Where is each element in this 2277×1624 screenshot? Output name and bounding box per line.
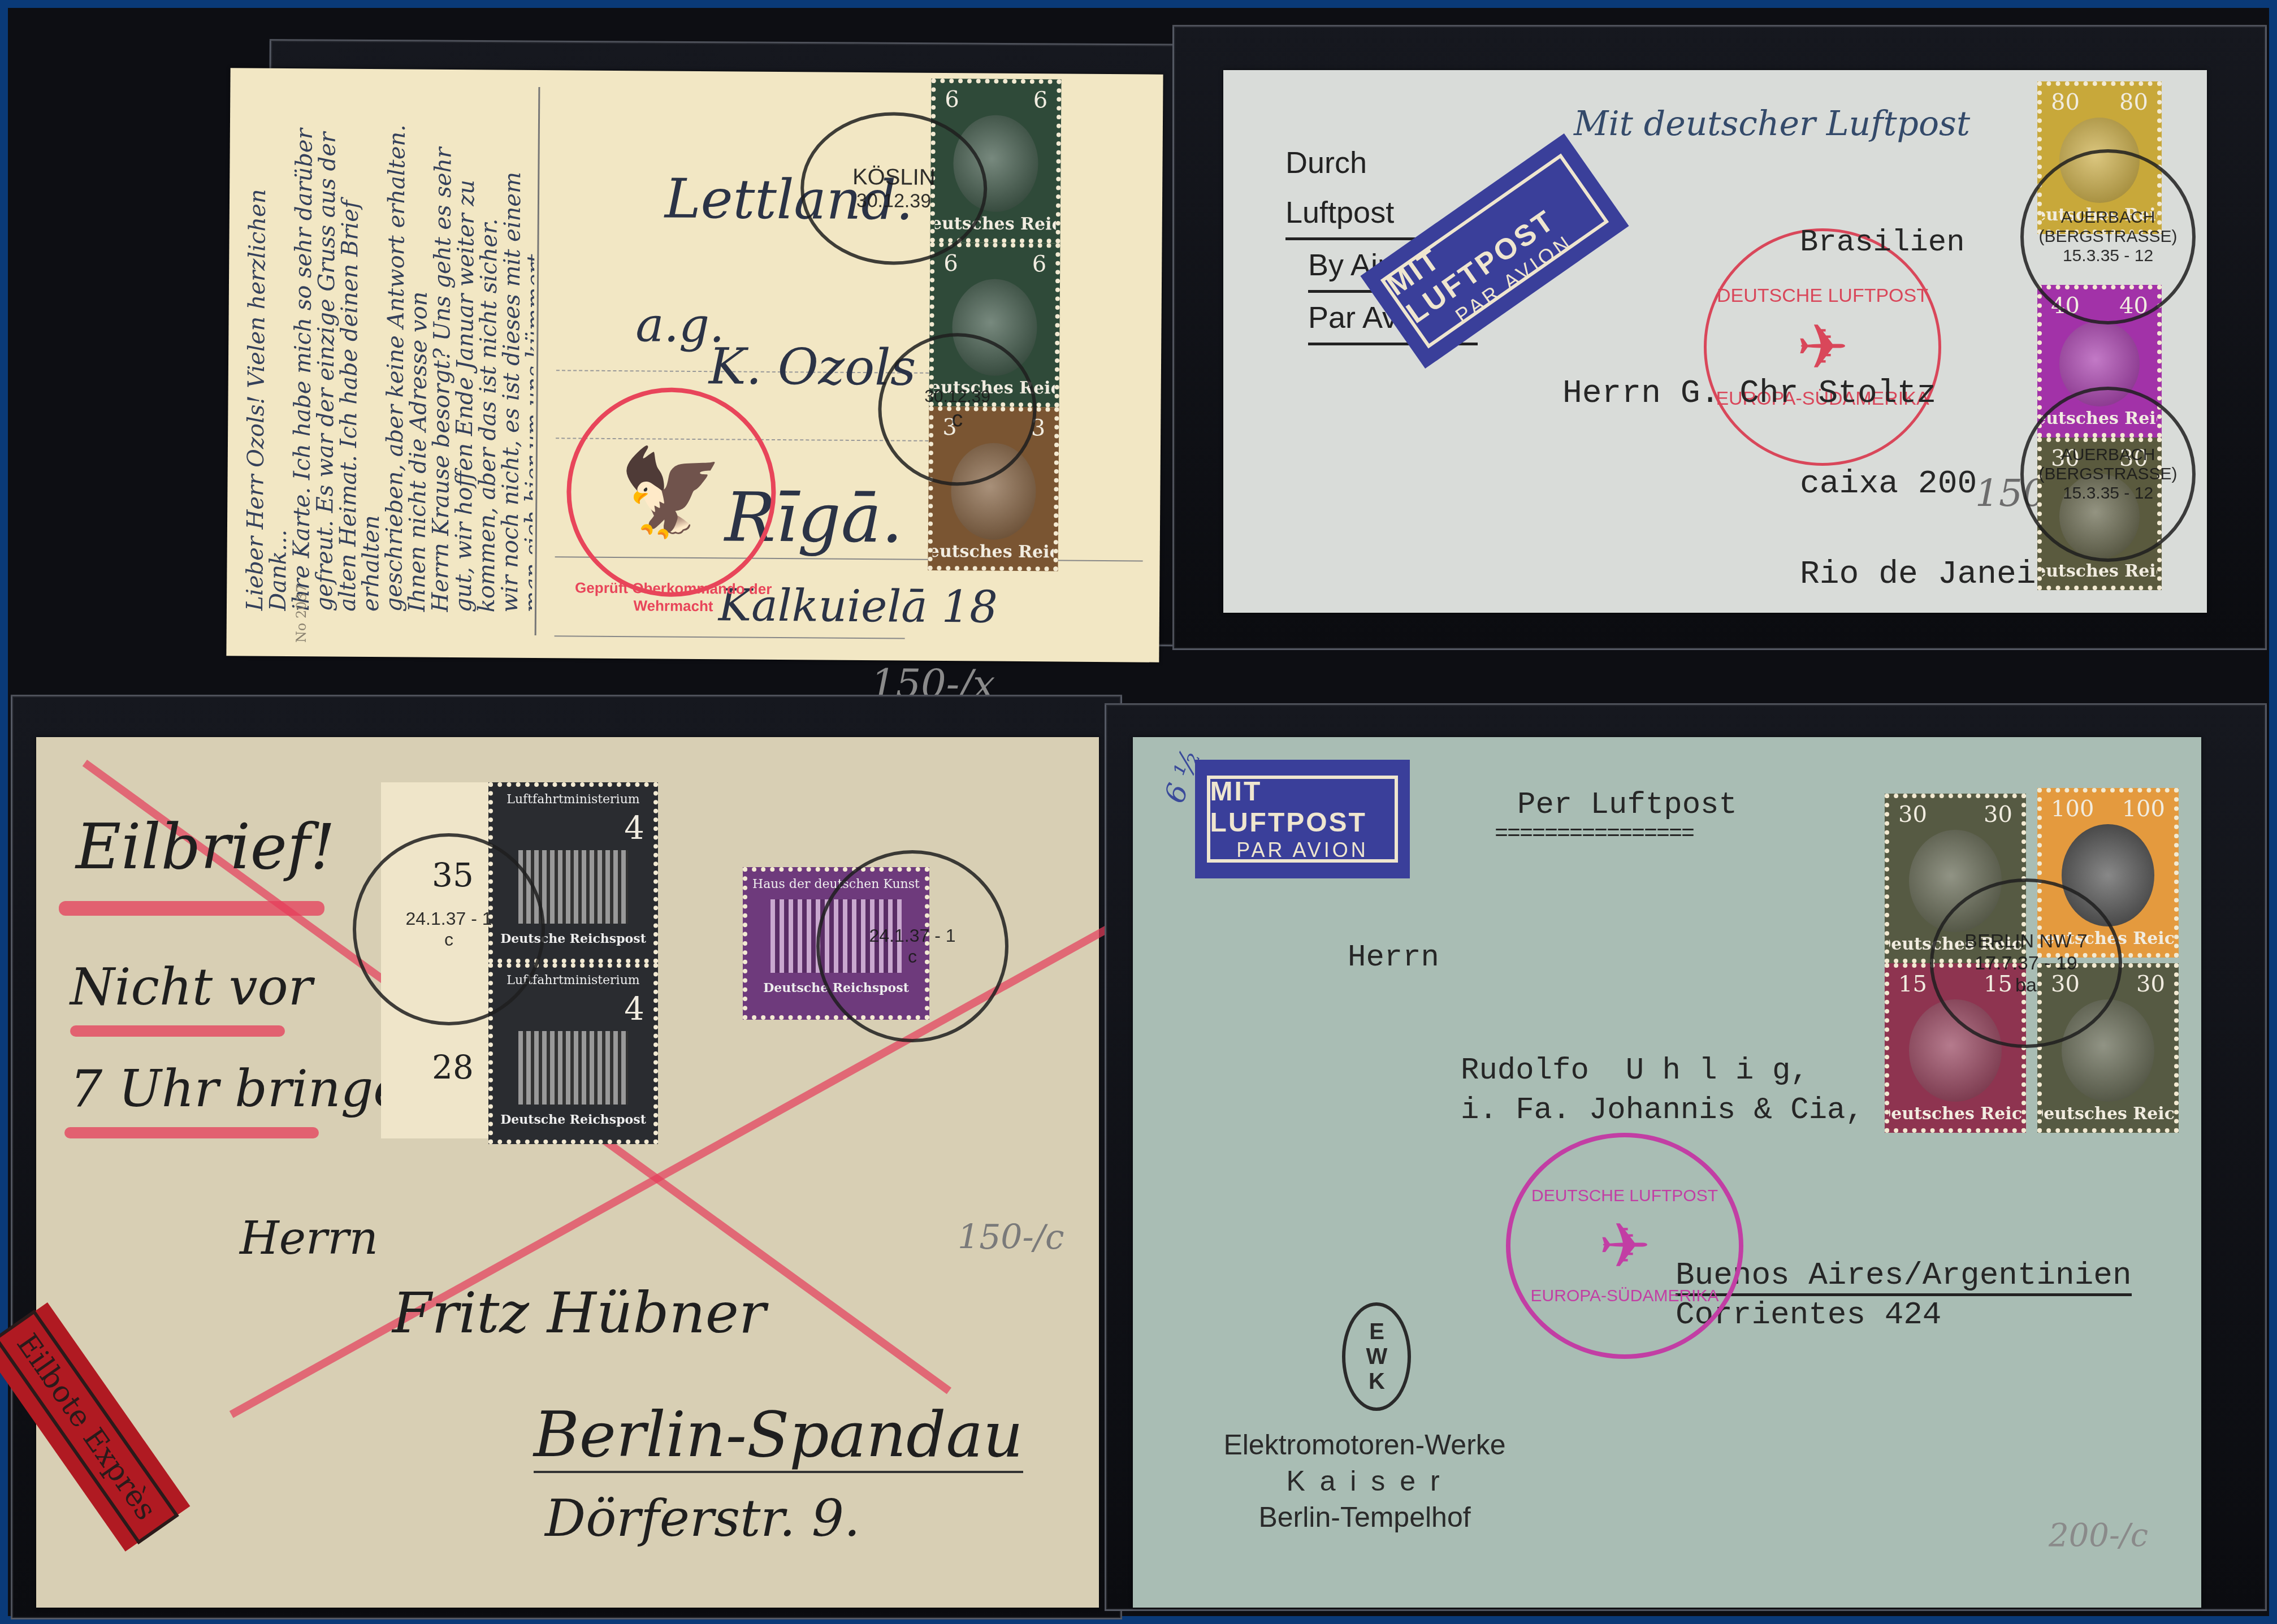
zeppelin-plane-icon: ✈ xyxy=(1599,1206,1651,1287)
address-city: Buenos Aires/Argentinien xyxy=(1676,1257,2132,1296)
airmail-label: MIT LUFTPOST PAR AVION xyxy=(1195,760,1410,878)
handwritten-routing: Mit deutscher Luftpost xyxy=(1574,104,1970,144)
flight-cachet: DEUTSCHE LUFTPOST ✈ EUROPA-SÜDAMERIKA xyxy=(1506,1133,1743,1359)
sender-logo: EWK xyxy=(1342,1302,1411,1411)
sender-imprint: Elektromotoren-Werke K a i s e r Berlin-… xyxy=(1195,1427,1534,1535)
postmark-charlottenburg: 24.1.37 - 1 c xyxy=(353,833,545,1025)
address-salutation: Herrn xyxy=(1348,941,1439,975)
address-name: Fritz Hübner xyxy=(392,1280,766,1346)
printer-mark: No 2037 xyxy=(293,584,310,643)
address-company: i. Fa. Johannis & Cia, xyxy=(1461,1093,1864,1128)
censor-cachet: 🦅 xyxy=(566,387,777,597)
building-icon xyxy=(518,1031,627,1105)
red-underline xyxy=(70,1025,285,1037)
card-divider xyxy=(535,87,540,635)
red-underline xyxy=(59,901,324,916)
red-underline xyxy=(64,1127,319,1138)
censor-text: Geprüft Oberkommando der Wehrmacht xyxy=(572,579,775,616)
postmark-berlin-nw7: BERLIN NW 7 17.7.37 - 19 ba xyxy=(1930,878,2122,1048)
address-street: caixa 200 xyxy=(1800,466,1977,503)
address-country: Brasilien xyxy=(1800,226,1965,260)
postmark-charlottenburg: 24.1.37 - 1 c xyxy=(816,850,1008,1042)
postmark-koslin: 30.12.39 c xyxy=(878,332,1037,486)
express-cover-spandau[interactable]: Eilbrief! Nicht vor 7 Uhr bringen! Eilbo… xyxy=(36,737,1099,1608)
address-city: Rio de Janeiro xyxy=(1800,556,2075,593)
address-street: Dörferstr. 9. xyxy=(545,1489,860,1548)
address-city: Berlin-Spandau xyxy=(534,1398,1023,1473)
postmark-auerbach: AUERBACH (BERGSTRASSE) 15.3.35 - 12 xyxy=(2020,387,2196,562)
address-name: Rudolfo U h l i g, xyxy=(1461,1054,1809,1088)
note-nicht-vor: Nicht vor xyxy=(70,958,313,1017)
address-salutation: Herrn xyxy=(240,1212,378,1264)
margin-number: 28 xyxy=(432,1048,474,1086)
postcard-latvia[interactable]: Lieber Herr Ozols! Vielen herzlichen Dan… xyxy=(226,68,1163,662)
pencil-note: 200-/c xyxy=(2049,1517,2148,1554)
airmail-cover-brazil[interactable]: Durch Luftpost By Airmail Par Avion MIT … xyxy=(1223,70,2207,613)
note-eilbrief: Eilbrief! xyxy=(76,811,335,883)
eagle-icon: 🦅 xyxy=(618,449,725,535)
airmail-cover-argentina[interactable]: 6 ½ MIT LUFTPOST PAR AVION Per Luftpost … xyxy=(1133,737,2201,1608)
postmark-koslin: KÖSLIN 30.12.39 xyxy=(800,111,988,265)
pencil-note: 150-/c xyxy=(958,1218,1064,1257)
flight-cachet: DEUTSCHE LUFTPOST ✈ EUROPA-SÜDAMERIKA xyxy=(1704,228,1941,466)
address-line xyxy=(555,635,905,639)
routing-underline: ================ xyxy=(1495,822,1694,847)
stock-page: Lieber Herr Ozols! Vielen herzlichen Dan… xyxy=(8,8,2269,1616)
address-name: Herrn G. Chr Stoltz xyxy=(1562,375,1936,412)
postmark-auerbach: AUERBACH (BERGSTRASSE) 15.3.35 - 12 xyxy=(2020,149,2196,324)
handwritten-message: Lieber Herr Ozols! Vielen herzlichen Dan… xyxy=(238,102,535,613)
routing-per-luftpost: Per Luftpost xyxy=(1517,788,1737,822)
